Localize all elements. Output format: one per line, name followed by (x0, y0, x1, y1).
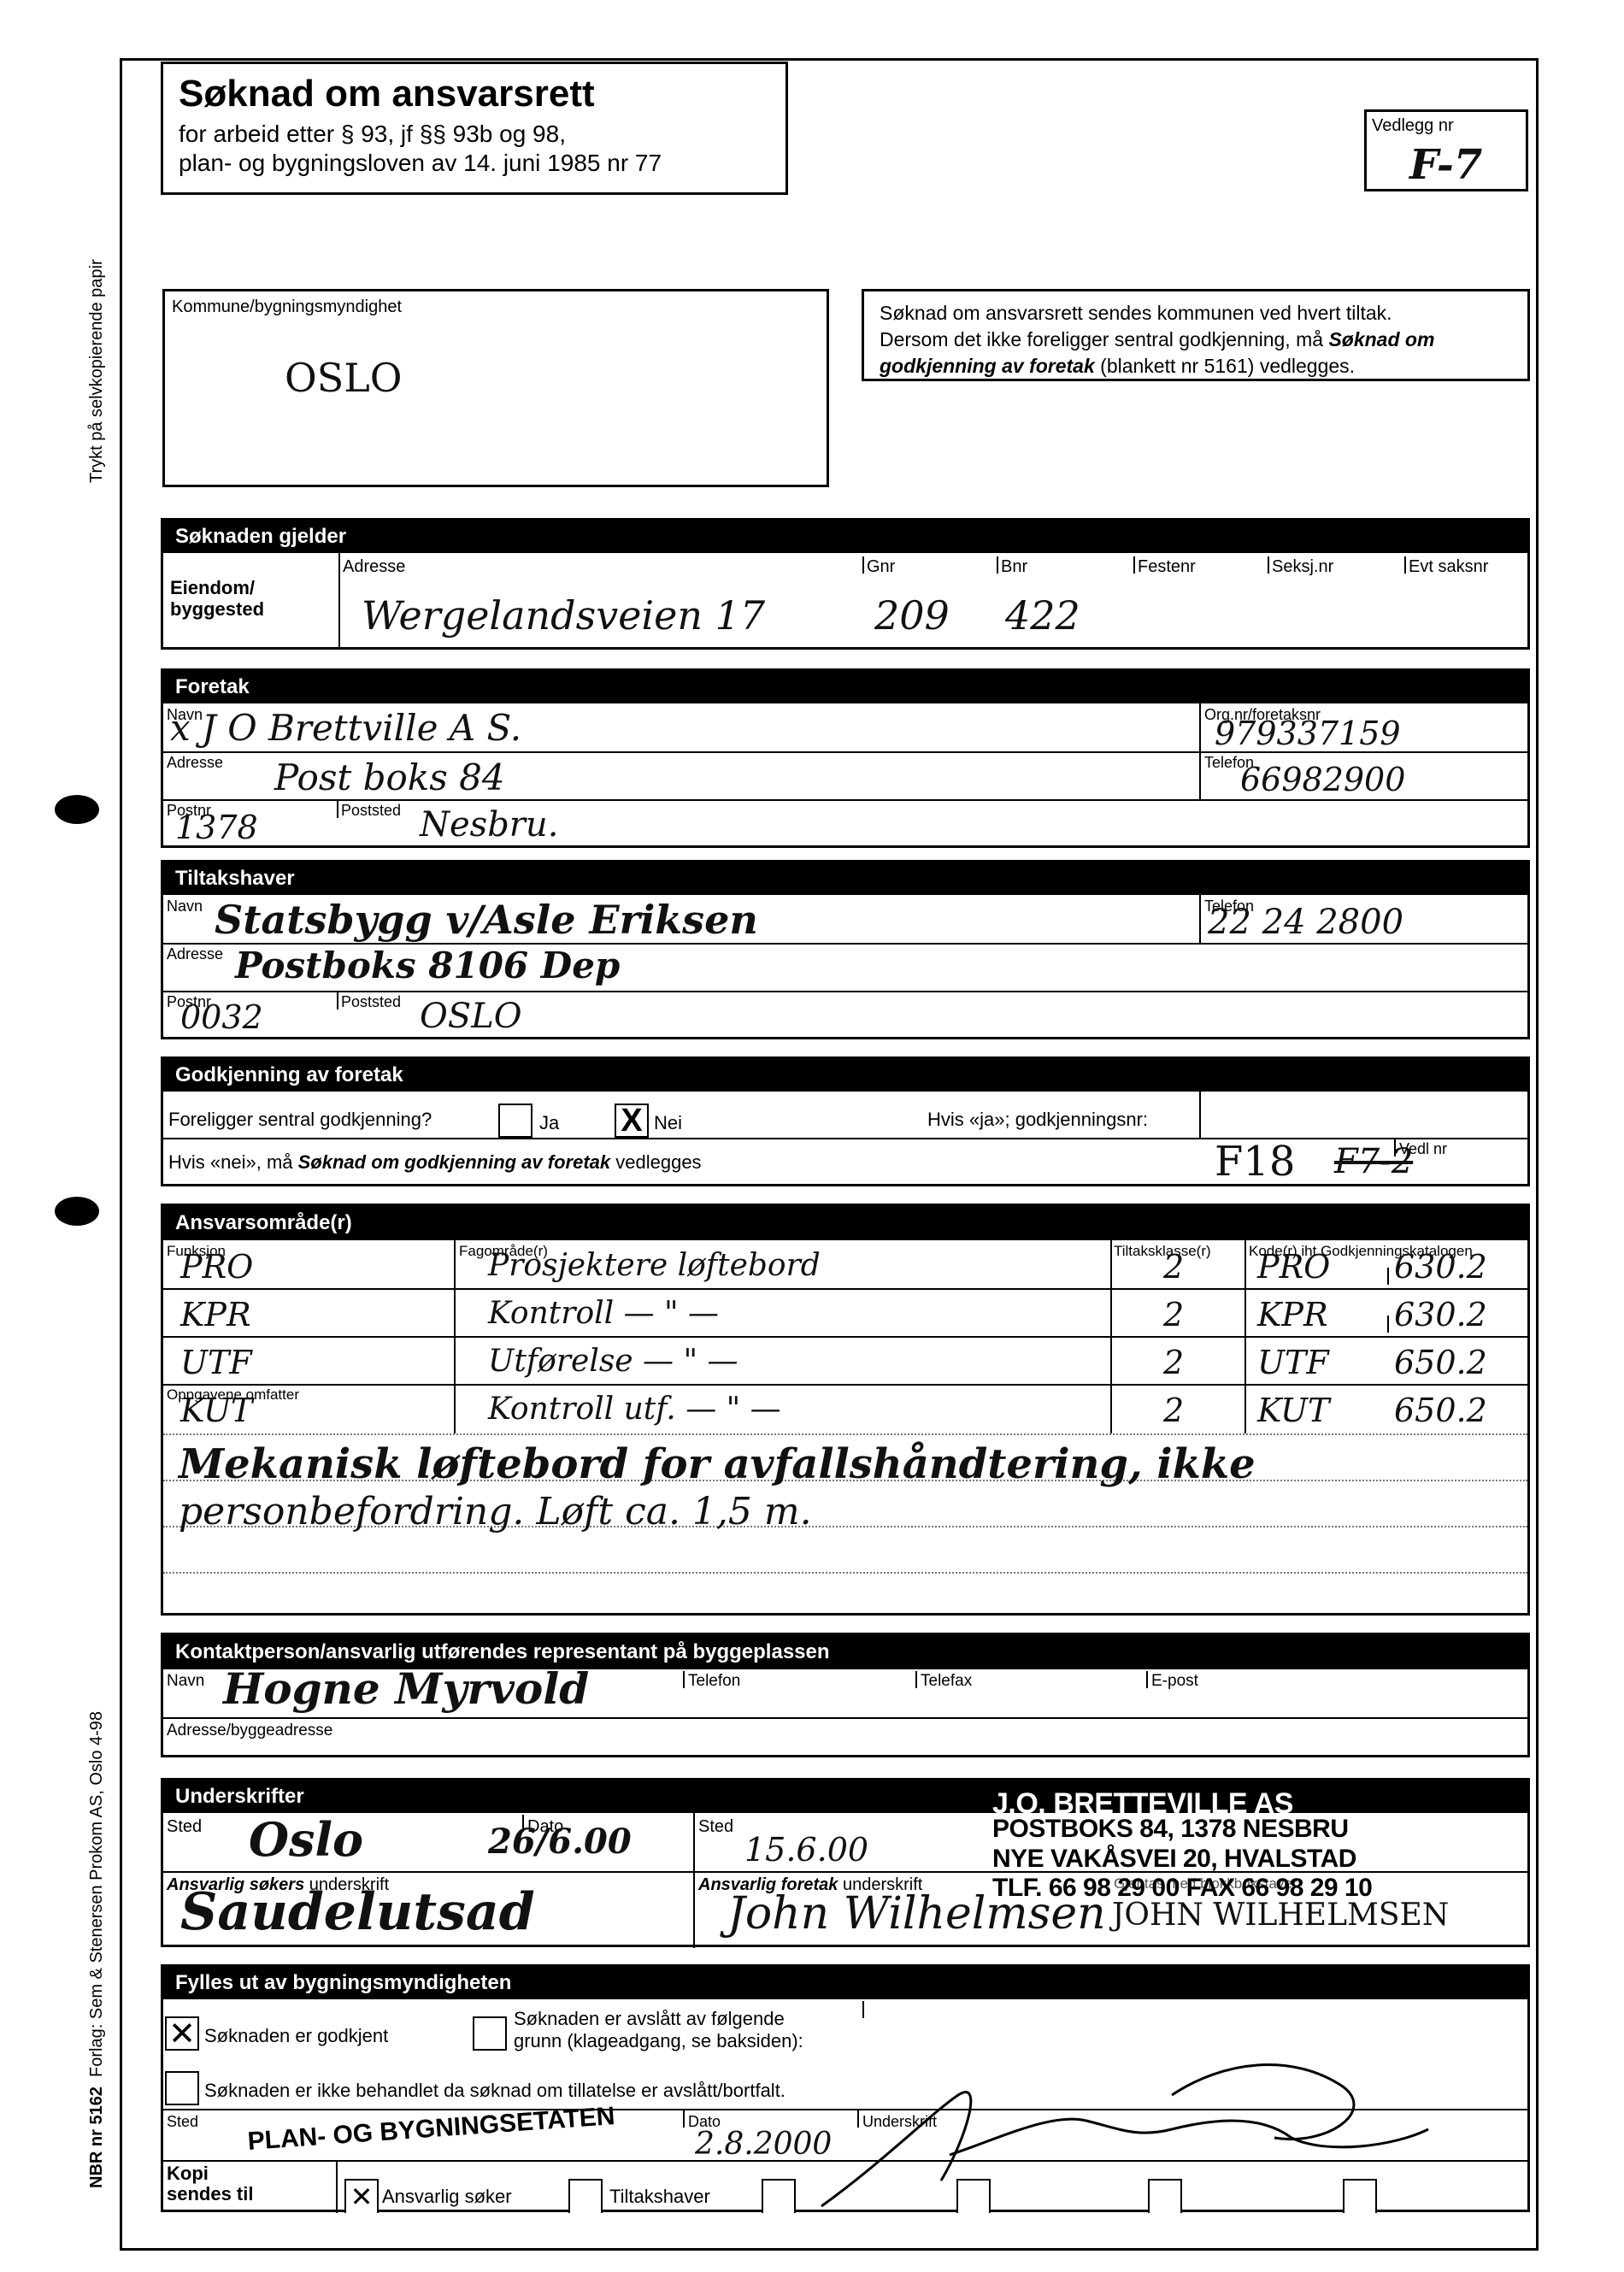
central-approval-question: Foreligger sentral godkjenning? (168, 1110, 432, 1129)
owner-poststed-field[interactable]: OSLO (420, 999, 522, 1033)
approval-section: Godkjenning av foretak Foreligger sentra… (161, 1057, 1530, 1186)
attachment-number-label: Vedlegg nr (1372, 117, 1454, 134)
section-header-authority: Fylles ut av bygningsmyndigheten (163, 1967, 1527, 1999)
address-label: Adresse (343, 558, 405, 575)
copy-applicant-label: Ansvarlig søker (382, 2187, 512, 2206)
approval-code-number-field[interactable]: 630.2 (1394, 1251, 1487, 1283)
company-address-field[interactable]: Post boks 84 (274, 760, 505, 796)
company-phone-field[interactable]: 66982900 (1240, 763, 1405, 796)
punch-hole (55, 795, 99, 824)
page-title: Søknad om ansvarsrett (179, 73, 595, 115)
company-postnr-field[interactable]: 1378 (175, 811, 258, 844)
field-of-work-field[interactable]: Kontroll — " — (488, 1298, 719, 1329)
tasks-line-2[interactable]: personbefordring. Løft ca. 1,5 m. (179, 1493, 812, 1531)
company-section: Foretak Navn x J O Brettville A S. Org.n… (161, 668, 1530, 848)
form-publisher-info: NBR nr 5162 Forlag: Sem & Stenersen Prok… (87, 1711, 107, 2188)
copy-owner-checkbox[interactable] (568, 2179, 603, 2213)
field-of-work-field[interactable]: Prosjektere løftebord (488, 1251, 821, 1281)
contact-address-label: Adresse/byggeadresse (167, 1722, 332, 1739)
approval-code-number-field[interactable]: 630.2 (1394, 1298, 1487, 1331)
approval-attachment-struck: F7-2 (1334, 1145, 1413, 1179)
function-field[interactable]: PRO (180, 1251, 253, 1283)
function-field[interactable]: KPR (180, 1298, 251, 1331)
central-approval-no-label: Nei (654, 1114, 682, 1133)
applicant-date-field[interactable]: 26/6.00 (488, 1825, 632, 1859)
gnr-label: Gnr (867, 558, 895, 575)
festenr-label: Festenr (1138, 558, 1196, 575)
contact-section: Kontaktperson/ansvarlig utførendes repre… (161, 1633, 1530, 1757)
contact-name-field[interactable]: Hogne Myrvold (223, 1668, 589, 1710)
tasks-line-1[interactable]: Mekanisk løftebord for avfallshåndtering… (179, 1444, 1256, 1485)
section-header-company: Foretak (163, 671, 1527, 703)
owner-section: Tiltakshaver Navn Statsbygg v/Asle Eriks… (161, 860, 1530, 1039)
action-class-field[interactable]: 2 (1163, 1251, 1184, 1283)
copy-extra-checkbox-1[interactable] (762, 2179, 796, 2213)
owner-address-field[interactable]: Postboks 8106 Dep (235, 948, 620, 984)
contact-phone-label: Telefon (688, 1673, 740, 1689)
orgnr-field[interactable]: 979337159 (1215, 717, 1401, 750)
attachment-number-box: Vedlegg nr F-7 (1364, 109, 1528, 191)
property-section: Søknaden gjelder Eiendom/byggested Adres… (161, 518, 1530, 650)
municipality-box: Kommune/bygningsmyndighet OSLO (162, 289, 829, 487)
function-field[interactable]: UTF (180, 1346, 252, 1379)
tasks-label: Oppgavene omfatter (167, 1387, 299, 1402)
action-class-field[interactable]: 2 (1163, 1298, 1184, 1331)
contact-name-label: Navn (167, 1673, 204, 1689)
central-approval-yes-checkbox[interactable] (498, 1104, 533, 1138)
copy-applicant-checkbox[interactable]: ✕ (344, 2179, 379, 2213)
company-address-label: Adresse (167, 755, 223, 770)
gnr-field[interactable]: 209 (874, 596, 950, 635)
copy-extra-checkbox-2[interactable] (956, 2179, 991, 2213)
seksjnr-label: Seksj.nr (1272, 558, 1333, 575)
approval-code-number-field[interactable]: 650.2 (1394, 1346, 1487, 1379)
field-of-work-field[interactable]: Utførelse — " — (488, 1346, 738, 1377)
authority-section: Fylles ut av bygningsmyndigheten ✕ Søkna… (161, 1964, 1530, 2212)
owner-poststed-label: Poststed (341, 994, 401, 1009)
applicant-place-field[interactable]: Oslo (249, 1816, 363, 1863)
section-header-approval: Godkjenning av foretak (163, 1059, 1527, 1092)
punch-hole (55, 1197, 99, 1226)
approved-label: Søknaden er godkjent (204, 2027, 388, 2045)
info-text: Søknad om ansvarsrett sendes kommunen ve… (880, 300, 1434, 380)
rejected-label-line-1: Søknaden er avslått av følgende (514, 2010, 785, 2028)
applicant-signature[interactable]: Saudelutsad (180, 1886, 535, 1938)
central-approval-no-checkbox[interactable]: X (615, 1104, 649, 1138)
owner-phone-field[interactable]: 22 24 2800 (1208, 905, 1403, 939)
attachment-number-value[interactable]: F-7 (1409, 144, 1482, 185)
rejected-checkbox[interactable] (473, 2016, 507, 2051)
owner-name-label: Navn (167, 898, 203, 914)
approval-code-field[interactable]: KPR (1257, 1298, 1328, 1331)
approved-checkbox[interactable]: ✕ (165, 2016, 199, 2051)
company-stamp: POSTBOKS 84, 1378 NESBRU NYE VAKÅSVEI 20… (992, 1815, 1372, 1904)
rejected-label-line-2: grunn (klageadgang, se baksiden): (514, 2032, 803, 2051)
section-header-property: Søknaden gjelder (163, 521, 1527, 553)
bnr-field[interactable]: 422 (1005, 596, 1080, 635)
contact-email-label: E-post (1151, 1673, 1198, 1689)
company-poststed-label: Poststed (341, 803, 401, 818)
not-processed-checkbox[interactable] (165, 2071, 199, 2105)
section-header-owner: Tiltakshaver (163, 862, 1527, 895)
address-field[interactable]: Wergelandsveien 17 (362, 596, 765, 635)
company-name-field[interactable]: x J O Brettville A S. (170, 710, 521, 746)
code-divider (1387, 1268, 1389, 1285)
property-row-label: Eiendom/byggested (170, 577, 264, 620)
approval-attachment-field[interactable]: F18 (1215, 1141, 1295, 1182)
info-box: Søknad om ansvarsrett sendes kommunen ve… (862, 289, 1530, 381)
action-class-field[interactable]: 2 (1163, 1394, 1184, 1427)
approval-number-field[interactable] (1201, 1093, 1529, 1136)
bnr-label: Bnr (1001, 558, 1027, 575)
subtitle-line-2: plan- og bygningsloven av 14. juni 1985 … (179, 150, 662, 177)
company-date-field[interactable]: 15.6.00 (744, 1833, 868, 1866)
copy-extra-checkbox-3[interactable] (1148, 2179, 1182, 2213)
saksnr-label: Evt saksnr (1409, 558, 1488, 575)
field-of-work-field[interactable]: Kontroll utf. — " — (488, 1394, 781, 1425)
copy-extra-checkbox-4[interactable] (1343, 2179, 1377, 2213)
approval-code-number-field[interactable]: 650.2 (1394, 1394, 1487, 1427)
municipality-field[interactable]: OSLO (285, 358, 402, 397)
company-place-label: Sted (698, 1818, 733, 1835)
approval-code-field[interactable]: PRO (1257, 1251, 1330, 1283)
owner-name-field[interactable]: Statsbygg v/Asle Eriksen (215, 900, 758, 939)
owner-address-label: Adresse (167, 946, 223, 962)
col-header-class: Tiltaksklasse(r) (1114, 1244, 1211, 1258)
section-header-signatures: Underskrifter (163, 1781, 1527, 1813)
contact-fax-label: Telefax (921, 1673, 972, 1689)
owner-postnr-field[interactable]: 0032 (180, 1001, 263, 1033)
applicant-place-label: Sted (167, 1818, 202, 1835)
responsibility-section: Ansvarsområde(r) Funksjon Fagområde(r) T… (161, 1204, 1530, 1616)
company-name-printed[interactable]: JOHN WILHELMSEN (1112, 1900, 1449, 1931)
approval-no-instruction: Hvis «nei», må Søknad om godkjenning av … (168, 1153, 702, 1172)
subtitle-line-1: for arbeid etter § 93, jf §§ 93b og 98, (179, 121, 566, 148)
copy-to-label: Kopisendes til (167, 2163, 253, 2204)
central-approval-yes-label: Ja (539, 1114, 559, 1133)
approval-code-field[interactable]: KUT (1257, 1394, 1329, 1427)
municipality-label: Kommune/bygningsmyndighet (172, 298, 402, 315)
company-poststed-field[interactable]: Nesbru. (420, 808, 558, 842)
code-divider (1387, 1316, 1389, 1333)
authority-place-label: Sted (167, 2114, 198, 2129)
copy-owner-label: Tiltakshaver (609, 2187, 710, 2206)
approval-number-label: Hvis «ja»; godkjenningsnr: (927, 1110, 1148, 1129)
signatures-section: Underskrifter Sted Oslo Dato 26/6.00 Ans… (161, 1778, 1530, 1947)
printed-on-note: Trykt på selvkopierende papir (87, 259, 107, 483)
authority-date-field[interactable]: 2.8.2000 (695, 2129, 832, 2160)
action-class-field[interactable]: 2 (1163, 1346, 1184, 1379)
not-processed-label: Søknaden er ikke behandlet da søknad om … (204, 2081, 786, 2100)
approval-code-field[interactable]: UTF (1257, 1346, 1329, 1379)
title-box: Søknad om ansvarsrett for arbeid etter §… (161, 62, 788, 195)
section-header-responsibility: Ansvarsområde(r) (163, 1206, 1527, 1240)
